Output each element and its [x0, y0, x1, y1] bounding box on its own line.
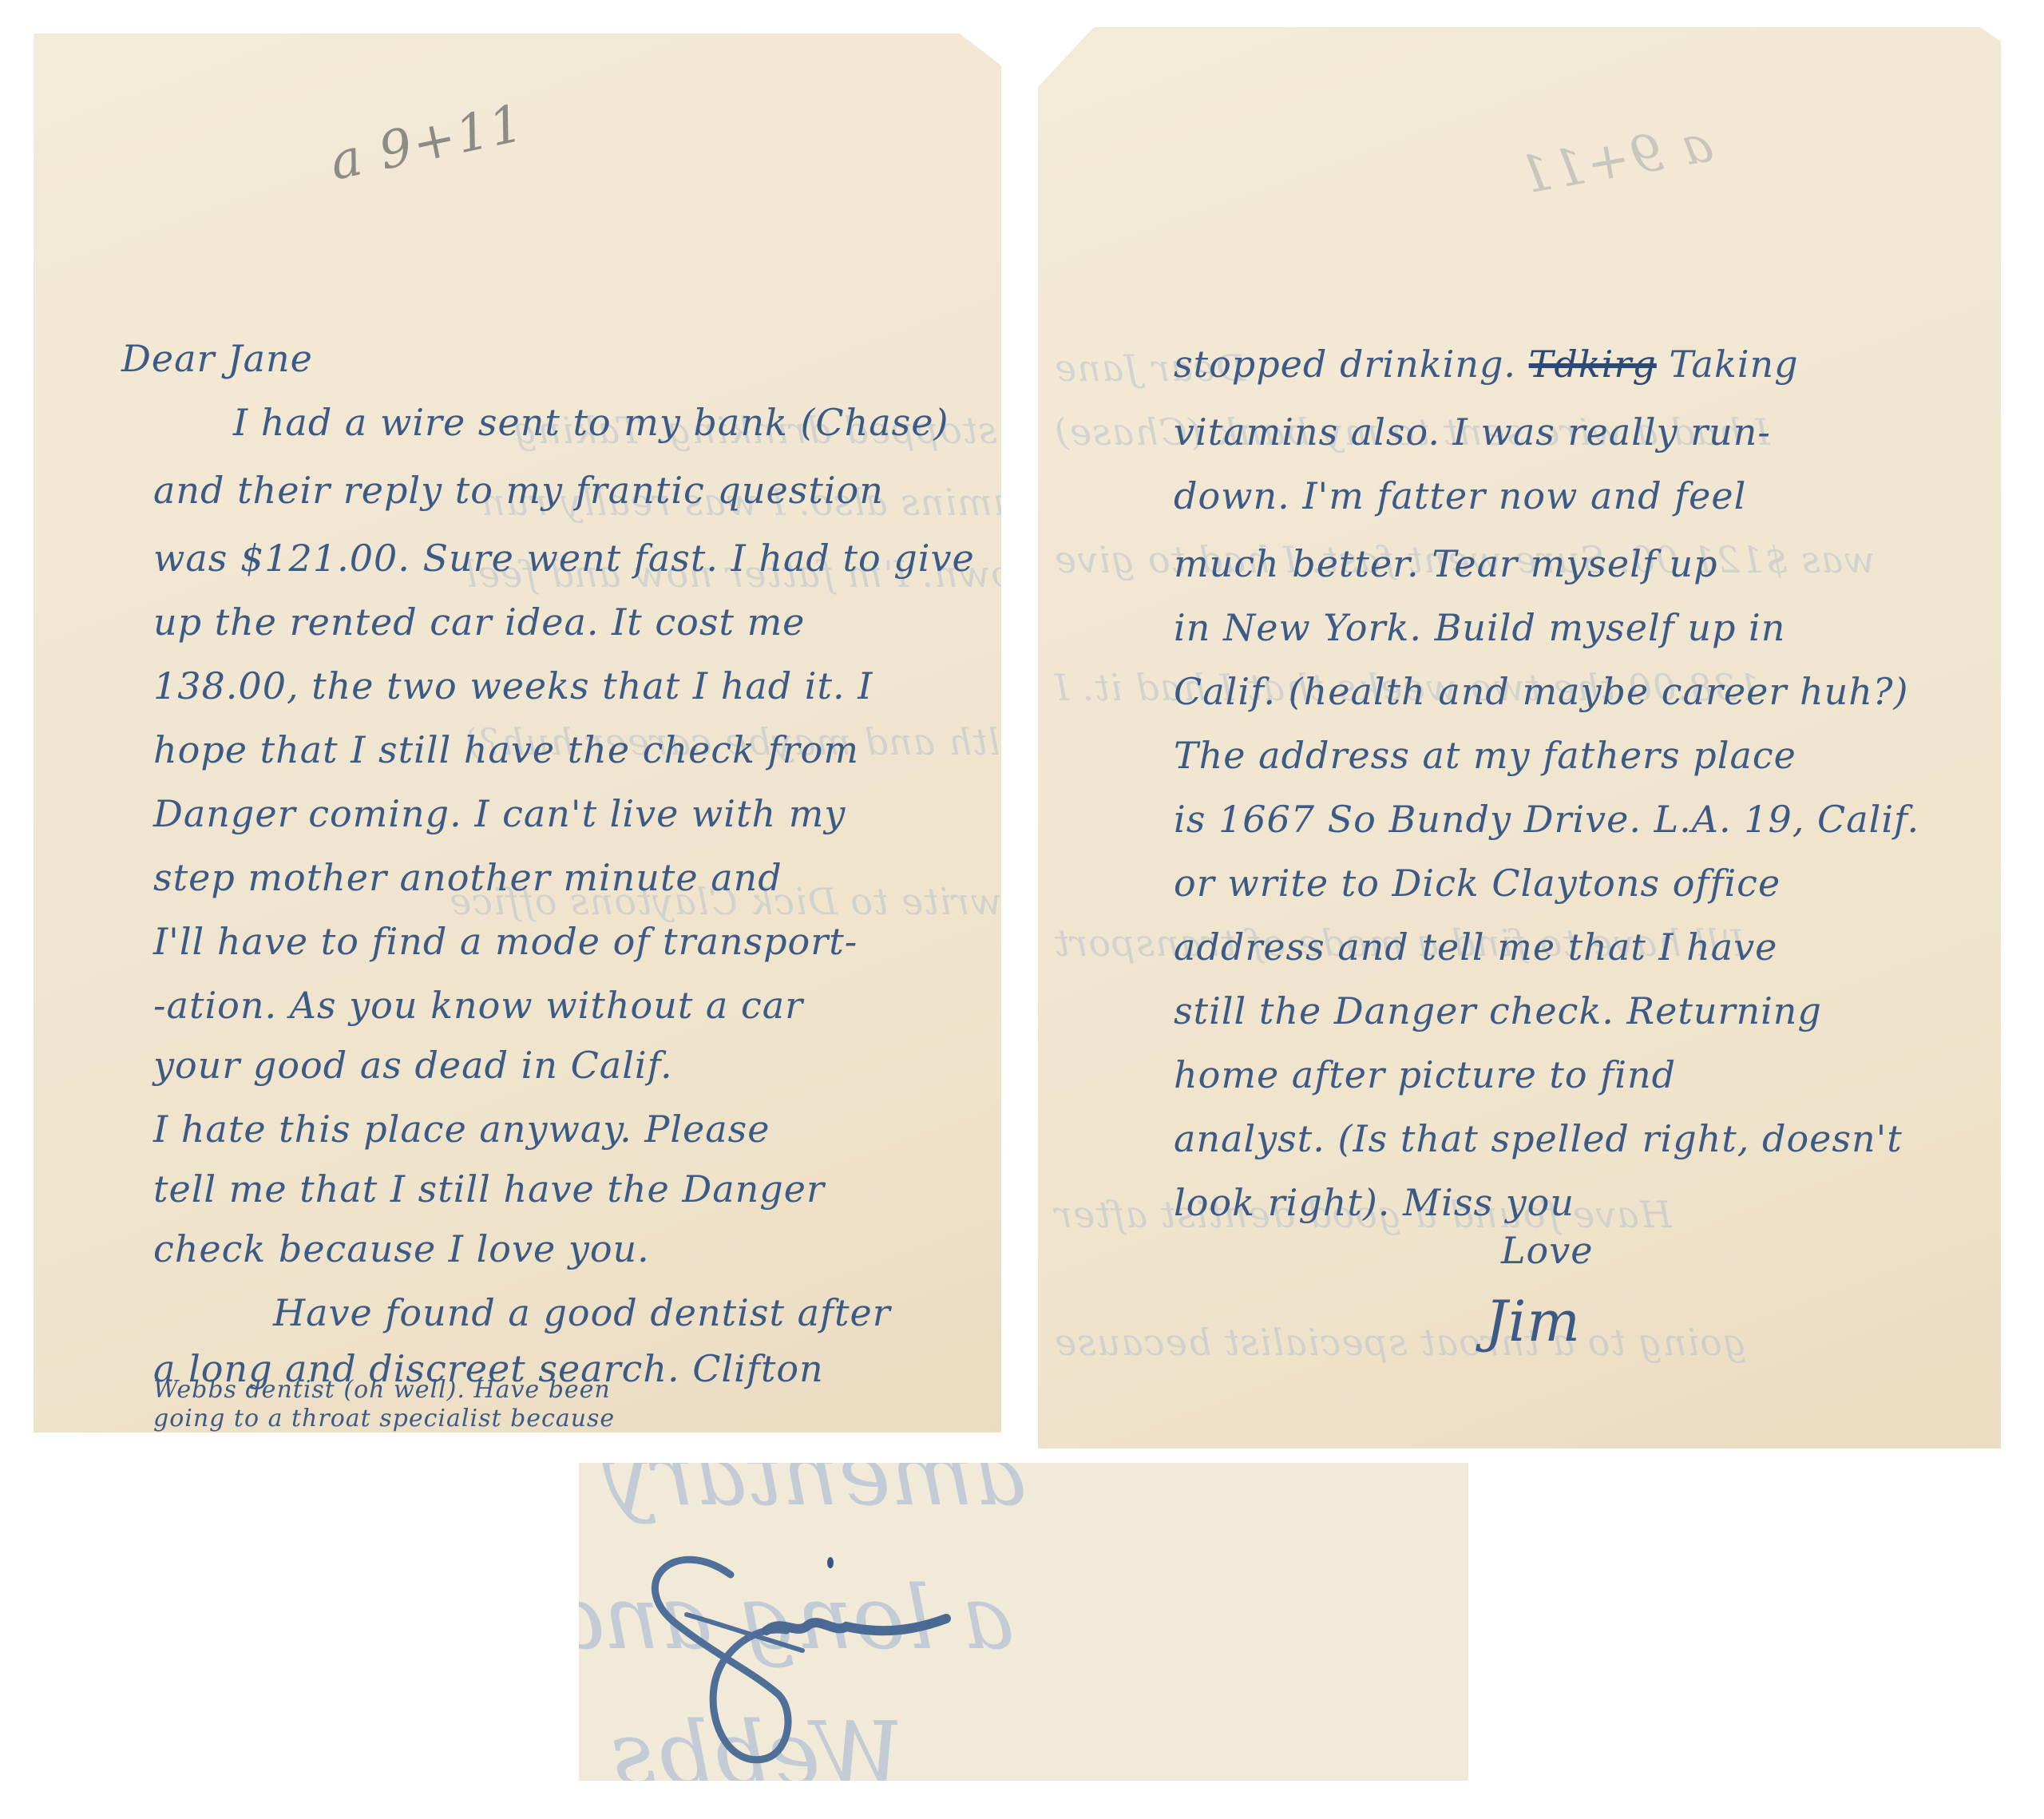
- pencil-notation-bleed: a 9+11: [1513, 114, 1717, 207]
- body-line: much better. Tear myself up: [1174, 542, 1718, 585]
- body-line: or write to Dick Claytons office: [1174, 862, 1781, 905]
- signature: Jim: [1485, 1289, 1581, 1354]
- body-line: vitamins also. I was really run-: [1174, 410, 1771, 454]
- closing: Love: [1501, 1229, 1593, 1272]
- body-line: stopped drinking. Tdkirg Taking: [1174, 343, 1799, 386]
- body-line: of a pigmented tongue [doodle]. Too much: [153, 1433, 700, 1461]
- body-line: down. I'm fatter now and feel: [1174, 474, 1746, 517]
- letter-page-2: a 9+11 Dear Jane I had a wire sent to my…: [1038, 27, 2001, 1448]
- body-line: still the Danger check. Returning: [1174, 989, 1822, 1032]
- body-line: address and tell me that I have: [1174, 925, 1777, 969]
- struck-out-word: Tdkirg: [1529, 343, 1657, 386]
- signature-enlarged: [579, 1463, 1468, 1781]
- letter-body-left-tail: [34, 34, 1001, 1433]
- body-line: Calif. (health and maybe career huh?): [1174, 670, 1909, 713]
- body-line: analyst. (Is that spelled right, doesn't: [1174, 1117, 1903, 1160]
- body-line: look right). Miss you: [1174, 1181, 1575, 1224]
- body-line: The address at my fathers place: [1174, 734, 1796, 777]
- body-line: in New York. Build myself up in: [1174, 606, 1785, 649]
- signature-detail-inset: amentary a long and Webbs Jim: [579, 1463, 1468, 1781]
- body-line: home after picture to find: [1174, 1053, 1676, 1096]
- body-line: is 1667 So Bundy Drive. L.A. 19, Calif.: [1174, 798, 1919, 841]
